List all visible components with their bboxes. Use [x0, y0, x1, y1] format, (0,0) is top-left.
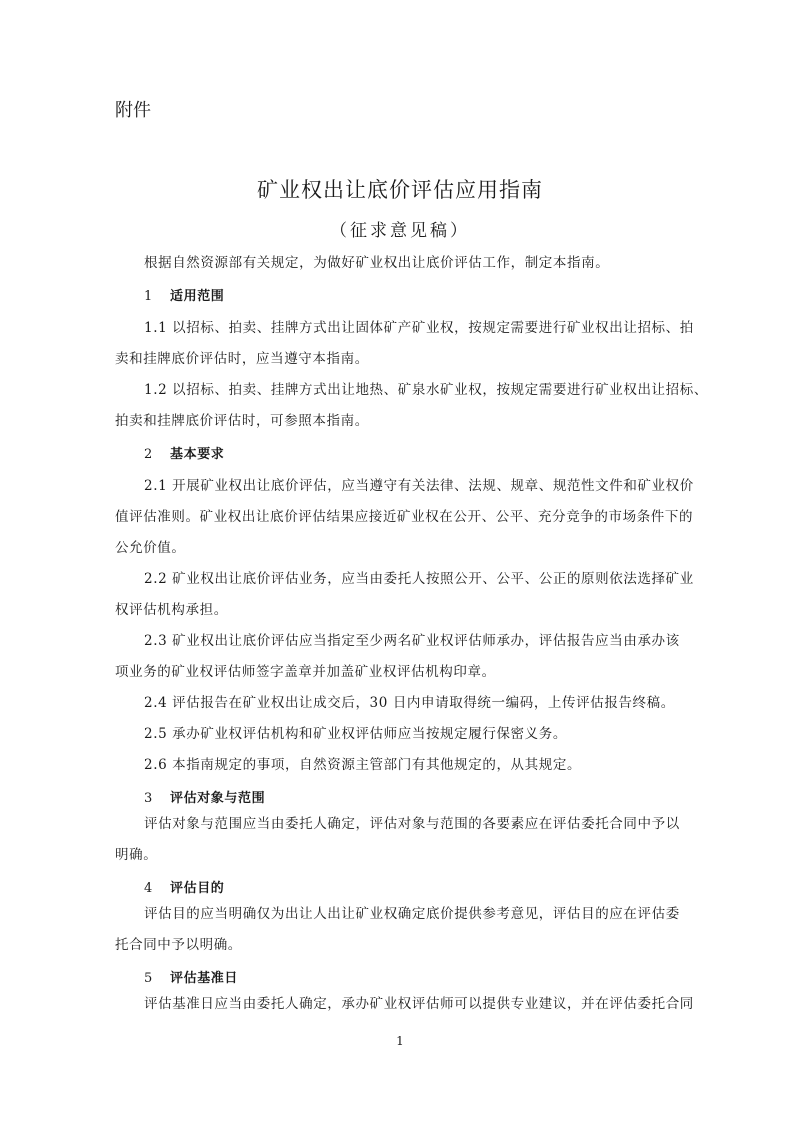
section-number: 4: [144, 880, 170, 898]
paragraph-line: 托合同中予以明确。: [115, 936, 242, 954]
paragraph-line: 卖和挂牌底价评估时，应当遵守本指南。: [115, 350, 369, 368]
paragraph-line: 2.5 承办矿业权评估机构和矿业权评估师应当按规定履行保密义务。: [144, 725, 567, 743]
section-heading: 5评估基准日: [144, 970, 238, 988]
attachment-label: 附件: [115, 96, 151, 122]
section-number: 3: [144, 790, 170, 808]
paragraph-line: 权评估机构承担。: [115, 601, 228, 619]
section-number: 5: [144, 970, 170, 988]
paragraph-line: 1.1 以招标、拍卖、挂牌方式出让固体矿产矿业权，按规定需要进行矿业权出让招标、…: [144, 319, 694, 337]
paragraph-line: 2.6 本指南规定的事项，自然资源主管部门有其他规定的，从其规定。: [144, 756, 581, 774]
document-title: 矿业权出让底价评估应用指南: [0, 174, 800, 204]
paragraph-line: 明确。: [115, 846, 157, 864]
section-title: 评估对象与范围: [170, 791, 265, 806]
paragraph-line: 值评估准则。矿业权出让底价评估结果应接近矿业权在公开、公平、充分竞争的市场条件下…: [115, 508, 693, 526]
paragraph-line: 项业务的矿业权评估师签字盖章并加盖矿业权评估机构印章。: [115, 663, 496, 681]
paragraph-line: 公允价值。: [115, 539, 186, 557]
paragraph-line: 评估基准日应当由委托人确定，承办矿业权评估师可以提供专业建议，并在评估委托合同: [144, 995, 694, 1013]
paragraph-line: 评估目的应当明确仅为出让人出让矿业权确定底价提供参考意见，评估目的应在评估委: [144, 905, 680, 923]
paragraph-line: 2.3 矿业权出让底价评估应当指定至少两名矿业权评估师承办，评估报告应当由承办该: [144, 632, 680, 650]
section-title: 基本要求: [170, 447, 224, 462]
paragraph-line: 1.2 以招标、拍卖、挂牌方式出让地热、矿泉水矿业权，按规定需要进行矿业权出让招…: [144, 381, 708, 399]
section-heading: 2基本要求: [144, 446, 224, 464]
section-title: 适用范围: [170, 289, 224, 304]
section-title: 评估目的: [170, 881, 224, 896]
paragraph-line: 2.2 矿业权出让底价评估业务，应当由委托人按照公开、公平、公正的原则依法选择矿…: [144, 570, 694, 588]
paragraph-line: 拍卖和挂牌底价评估时，可参照本指南。: [115, 412, 369, 430]
document-subtitle: （征求意见稿）: [0, 216, 800, 241]
section-number: 1: [144, 288, 170, 306]
page-number: 1: [0, 1034, 800, 1048]
section-title: 评估基准日: [170, 971, 238, 986]
section-heading: 4评估目的: [144, 880, 224, 898]
paragraph-line: 评估对象与范围应当由委托人确定，评估对象与范围的各要素应在评估委托合同中予以: [144, 815, 680, 833]
section-heading: 1适用范围: [144, 288, 224, 306]
section-number: 2: [144, 446, 170, 464]
paragraph-line: 2.4 评估报告在矿业权出让成交后，30 日内申请取得统一编码，上传评估报告终稿…: [144, 694, 675, 712]
paragraph-line: 2.1 开展矿业权出让底价评估，应当遵守有关法律、法规、规章、规范性文件和矿业权…: [144, 477, 694, 495]
intro-paragraph: 根据自然资源部有关规定，为做好矿业权出让底价评估工作，制定本指南。: [144, 254, 609, 272]
section-heading: 3评估对象与范围: [144, 790, 265, 808]
